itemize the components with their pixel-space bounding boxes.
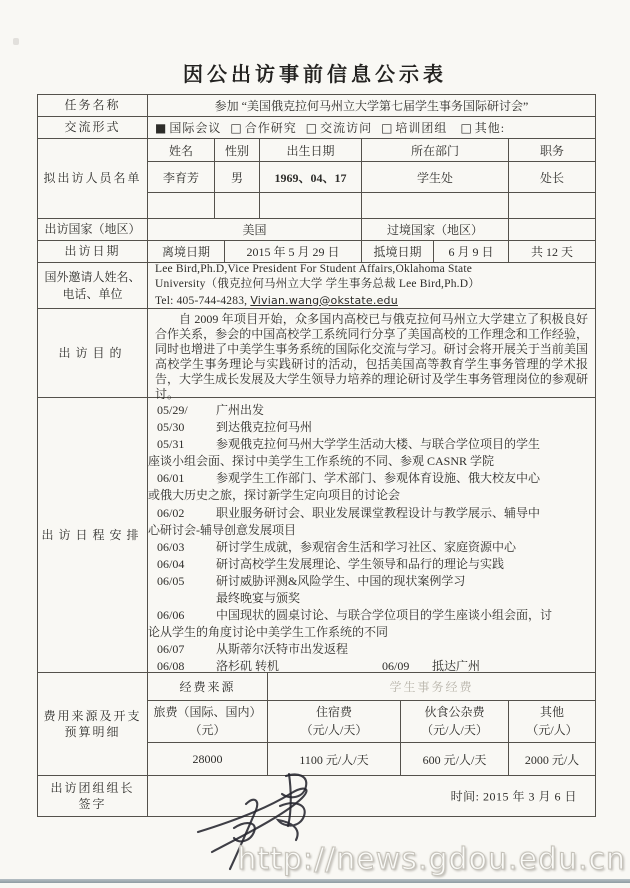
funding-source-label: 经费来源 (148, 673, 268, 700)
checkbox-empty-icon: □ (230, 121, 242, 135)
itinerary-line-wrap: 心研讨会-辅导创意发展项目 (148, 522, 595, 539)
travel-fee-value: 28000 (148, 743, 268, 775)
itinerary-content: 05/29/广州出发 05/30到达俄克拉何马州 05/31参观俄克拉何马州大学… (148, 398, 595, 672)
option-exchange-visit: □交流访问 (306, 119, 372, 136)
row-signature: 出访团组组长 签字 时间: 2015 年 3 月 6 日 (38, 776, 595, 816)
itinerary-line-wrap: 或俄大历史之旅，探讨新学生定向项目的讨论会 (148, 487, 595, 504)
col-header-travel-fee: 旅费（国际、国内）（元） (148, 701, 268, 742)
purpose-content: 自 2009 年项目开始，众多国内高校已与俄克拉何马州立大学建立了积极良好合作关… (148, 309, 595, 397)
total-days: 共 12 天 (509, 241, 595, 262)
col-header-lodging-fee: 住宿费（元/人/天） (268, 701, 401, 742)
budget-values-row: 28000 1100 元/人/天 600 元/人/天 2000 元/人 (148, 743, 595, 775)
row-countries: 出访国家（地区） 美国 过境国家（地区） (38, 219, 595, 241)
checkbox-checked-icon: ■ (155, 121, 167, 135)
departure-date-label: 离境日期 (148, 241, 225, 262)
itinerary-line: 06/06中国现状的圆桌讨论、与联合学位项目的学生座谈小组会面，讨 (148, 607, 595, 624)
option-international-conference: ■国际会议 (155, 119, 221, 136)
col-header-birthdate: 出生日期 (260, 139, 362, 161)
site-watermark: http://news.gdou.edu.cn (237, 842, 626, 877)
purpose-label: 出访目的 (38, 309, 148, 397)
inviter-label: 国外邀请人姓名、 电话、单位 (38, 263, 148, 308)
person-birthdate: 1969、04、17 (260, 162, 362, 192)
person-position: 处长 (509, 162, 595, 192)
personnel-label: 拟出访人员名单 (38, 139, 148, 218)
personnel-header-row: 姓名 性别 出生日期 所在部门 职务 (148, 139, 595, 162)
task-value: 参加 “美国俄克拉何马州立大学第七届学生事务国际研讨会” (148, 95, 595, 116)
person-department: 学生处 (362, 162, 509, 192)
budget-source-row: 经费来源 学生事务经费 (148, 673, 595, 701)
row-task: 任务名称 参加 “美国俄克拉何马州立大学第七届学生事务国际研讨会” (38, 95, 595, 117)
departure-date-value: 2015 年 5 月 29 日 (225, 241, 362, 262)
checkbox-empty-icon: □ (306, 121, 318, 135)
signature-area: 时间: 2015 年 3 月 6 日 (148, 776, 595, 816)
person-gender: 男 (215, 162, 260, 192)
col-header-meals-fee: 伙食公杂费（元/人/天） (401, 701, 509, 742)
itinerary-line: 06/01参观学生工作部门、学术部门、参观体育设施、俄大校友中心 (148, 470, 595, 487)
col-header-position: 职务 (509, 139, 595, 161)
itinerary-line: 06/05研讨威胁评测&风险学生、中国的现状案例学习 (148, 573, 595, 590)
inviter-email: Vivian.wang@okstate.edu (250, 294, 398, 307)
row-inviter: 国外邀请人姓名、 电话、单位 Lee Bird,Ph.D,Vice Presid… (38, 263, 595, 309)
itinerary-line: 06/03研讨学生成就，参观宿舍生活和学习社区、家庭资源中心 (148, 539, 595, 556)
destination-country-value: 美国 (148, 219, 362, 240)
option-training-group: □培训团组 (381, 119, 447, 136)
itinerary-label: 出访日程安排 (38, 398, 148, 672)
inviter-info: Lee Bird,Ph.D,Vice President For Student… (148, 263, 595, 308)
task-label: 任务名称 (38, 95, 148, 116)
bottom-scan-edge (0, 879, 630, 883)
arrival-date-label: 抵境日期 (362, 241, 434, 262)
row-dates: 出访日期 离境日期 2015 年 5 月 29 日 抵境日期 6 月 9 日 共… (38, 241, 595, 263)
exchange-type-options: ■国际会议 □合作研究 □交流访问 □培训团组 □其他: (148, 117, 595, 138)
col-header-gender: 性别 (215, 139, 260, 161)
col-header-department: 所在部门 (362, 139, 509, 161)
inviter-line2: University（俄克拉何马州立大学 学生事务总裁 Lee Bird,Ph.… (155, 277, 480, 292)
itinerary-line-wrap: 论从学生的角度讨论中美学生工作系统的不同 (148, 624, 595, 641)
inviter-line3: Tel: 405-744-4283, Vivian.wang@okstate.e… (155, 293, 398, 309)
row-purpose: 出访目的 自 2009 年项目开始，众多国内高校已与俄克拉何马州立大学建立了积极… (38, 309, 595, 398)
inviter-line1: Lee Bird,Ph.D,Vice President For Student… (155, 262, 472, 277)
personnel-data-row: 李育芳 男 1969、04、17 学生处 处长 (148, 162, 595, 193)
person-name: 李育芳 (148, 162, 215, 192)
budget-header-row: 旅费（国际、国内）（元） 住宿费（元/人/天） 伙食公杂费（元/人/天） 其他（… (148, 701, 595, 743)
document-title: 因公出访事前信息公示表 (0, 58, 630, 87)
transit-country-value (509, 219, 595, 240)
col-header-other-fee: 其他（元/人） (509, 701, 595, 742)
other-fee-value: 2000 元/人 (509, 743, 595, 775)
option-cooperative-research: □合作研究 (230, 119, 296, 136)
itinerary-line: 05/30到达俄克拉何马州 (148, 419, 595, 436)
scanned-document-page: 因公出访事前信息公示表 任务名称 参加 “美国俄克拉何马州立大学第七届学生事务国… (0, 0, 630, 888)
scan-speck-artifact (13, 38, 19, 45)
lodging-fee-value: 1100 元/人/天 (268, 743, 401, 775)
itinerary-line: 06/04研讨高校学生发展理论、学生领导和品行的理论与实践 (148, 556, 595, 573)
budget-label: 费用来源及开支 预算明细 (38, 673, 148, 775)
itinerary-line: 06/07从斯蒂尔沃特市出发返程 (148, 641, 595, 658)
checkbox-empty-icon: □ (460, 121, 472, 135)
exchange-type-label: 交流形式 (38, 117, 148, 138)
arrival-date-value: 6 月 9 日 (434, 241, 509, 262)
destination-country-label: 出访国家（地区） (38, 219, 148, 240)
signature-date: 时间: 2015 年 3 月 6 日 (451, 788, 577, 805)
group-personnel: 拟出访人员名单 姓名 性别 出生日期 所在部门 职务 李育芳 男 1969、04… (38, 139, 595, 219)
meals-fee-value: 600 元/人/天 (401, 743, 509, 775)
row-itinerary: 出访日程安排 05/29/广州出发 05/30到达俄克拉何马州 05/31参观俄… (38, 398, 595, 673)
form-table: 任务名称 参加 “美国俄克拉何马州立大学第七届学生事务国际研讨会” 交流形式 ■… (37, 94, 596, 817)
itinerary-line: 05/31参观俄克拉何马州大学学生活动大楼、与联合学位项目的学生 (148, 436, 595, 453)
row-exchange-type: 交流形式 ■国际会议 □合作研究 □交流访问 □培训团组 □其他: (38, 117, 595, 139)
group-budget: 费用来源及开支 预算明细 经费来源 学生事务经费 旅费（国际、国内）（元） 住宿… (38, 673, 595, 776)
signature-label: 出访团组组长 签字 (38, 776, 148, 816)
trip-dates-label: 出访日期 (38, 241, 148, 262)
itinerary-line: 06/02职业服务研讨会、职业发展课堂教程设计与教学展示、辅导中 (148, 505, 595, 522)
itinerary-line: 05/29/广州出发 (148, 402, 595, 419)
itinerary-line-wrap: 座谈小组会面、探讨中美学生工作系统的不同、参观 CASNR 学院 (148, 453, 595, 470)
checkbox-empty-icon: □ (381, 121, 393, 135)
col-header-name: 姓名 (148, 139, 215, 161)
itinerary-line-indent: 最终晚宴与颁奖 (148, 590, 595, 607)
transit-country-label: 过境国家（地区） (362, 219, 509, 240)
funding-source-value: 学生事务经费 (268, 673, 595, 700)
personnel-empty-row (148, 193, 595, 218)
option-other: □其他: (460, 119, 505, 136)
